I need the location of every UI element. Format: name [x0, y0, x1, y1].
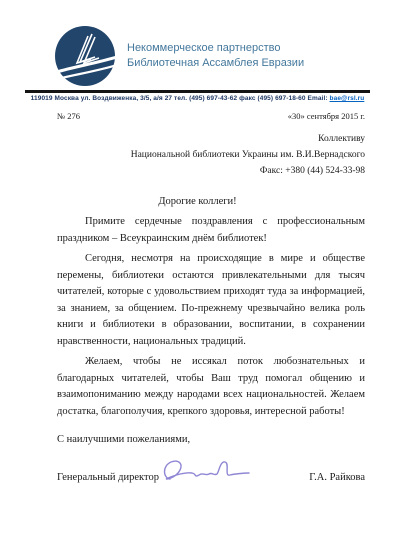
org-name-line2: Библиотечная Ассамблея Евразии [127, 56, 304, 71]
letterhead-divider [25, 90, 370, 93]
letter-page: Некоммерческое партнерство Библиотечная … [0, 0, 395, 556]
letterhead: Некоммерческое партнерство Библиотечная … [0, 0, 395, 86]
recipient-line1: Коллективу [80, 131, 365, 147]
paragraph-2: Сегодня, несмотря на происходящие в мире… [57, 251, 365, 350]
contact-text: 119019 Москва ул. Воздвиженка, 3/5, а/я … [31, 95, 330, 102]
paragraph-3: Желаем, чтобы не иссякал поток любознате… [57, 354, 365, 420]
handwritten-signature-icon [156, 452, 256, 493]
org-name-line1: Некоммерческое партнерство [127, 41, 304, 56]
outgoing-number: № 276 [57, 111, 80, 121]
salutation: Дорогие коллеги! [0, 196, 395, 207]
signature-row: Генеральный директор Г.А. Райкова [57, 472, 365, 483]
closing-line: С наилучшими пожеланиями, [57, 434, 365, 445]
email-link[interactable]: bae@rsl.ru [330, 95, 365, 102]
signer-name: Г.А. Райкова [309, 472, 365, 483]
signer-title: Генеральный директор [57, 472, 159, 483]
library-assembly-logo-icon [55, 26, 115, 86]
paragraph-1: Примите сердечные поздравления с професс… [57, 214, 365, 247]
reference-row: № 276 «30» сентября 2015 г. [57, 111, 365, 121]
recipient-line2: Национальной библиотеки Украины им. В.И.… [80, 147, 365, 163]
recipient-block: Коллективу Национальной библиотеки Украи… [80, 131, 365, 179]
org-name: Некоммерческое партнерство Библиотечная … [127, 41, 304, 71]
letter-date: «30» сентября 2015 г. [288, 111, 365, 121]
letter-body: Примите сердечные поздравления с професс… [57, 214, 365, 420]
recipient-fax: Факс: +380 (44) 524-33-98 [80, 163, 365, 179]
contact-line: 119019 Москва ул. Воздвиженка, 3/5, а/я … [25, 95, 370, 102]
